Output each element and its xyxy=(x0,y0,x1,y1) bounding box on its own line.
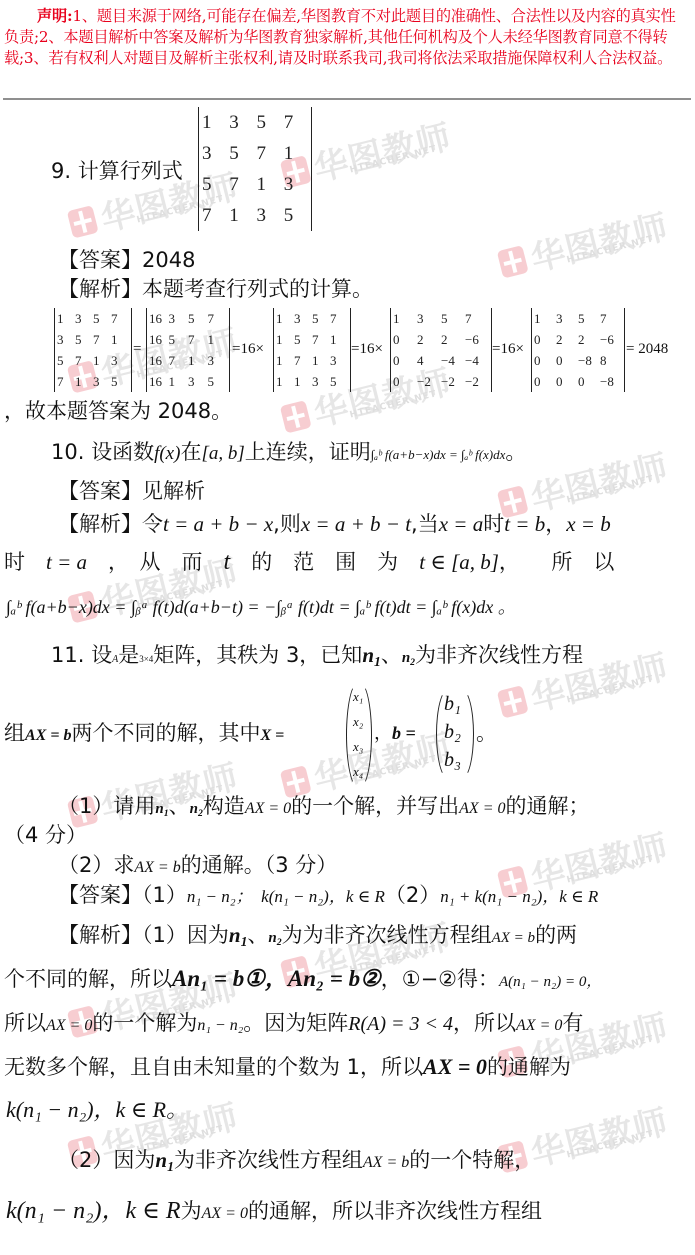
matrix-cell: 5 xyxy=(202,169,229,200)
matrix-cell: 3 xyxy=(330,350,348,371)
vector-entry: b₁ xyxy=(444,690,461,718)
q9-answer: 【答案】2048 xyxy=(58,247,195,273)
q9-step-m4: 1357022−600−88000−8 xyxy=(531,308,625,392)
matrix-cell: 1 xyxy=(188,350,208,371)
q11-answer: 【答案】（1）n₁ − n₂； k(n₁ − n₂)，k ∈ R（2）n₁ + … xyxy=(58,882,598,910)
hteacher-logo-icon xyxy=(67,205,99,238)
matrix-cell: 1 xyxy=(276,329,294,350)
watermark: 华图教师HTEACHER.NET xyxy=(494,199,673,288)
matrix-cell: 1 xyxy=(111,329,129,350)
matrix-cell: 5 xyxy=(284,200,311,231)
q9-step-m0: 1357357157137135 xyxy=(54,308,132,392)
divider xyxy=(3,98,691,100)
matrix-cell: 1 xyxy=(75,371,93,392)
q11-sub2: （2）求AX = b的通解。（3 分） xyxy=(58,852,337,881)
matrix-cell: 1 xyxy=(93,350,111,371)
q10-analysis-line2: 时 t = a ， 从 而 t 的 范 围 为 t ∈ [a, b]， 所 以 xyxy=(4,549,614,575)
q11-sub1: （1）请用n1、n2构造AX = 0的一个解，并写出AX = 0的通解； xyxy=(58,793,590,822)
matrix-cell: 0 xyxy=(534,329,556,350)
matrix-cell: 7 xyxy=(208,308,228,329)
q9-analysis: 【解析】本题考查行列式的计算。 xyxy=(58,276,373,302)
disclaimer-text: 1、题目来源于网络,可能存在偏差,华图教育不对此题目的准确性、合法性以及内容的真… xyxy=(4,7,676,67)
q11-analysis-line7: k(n₁ − n₂)，k ∈ R为AX = 0的通解，所以非齐次线性方程组 xyxy=(6,1198,542,1227)
matrix-cell: −6 xyxy=(465,329,489,350)
matrix-cell: 7 xyxy=(465,308,489,329)
matrix-cell: 5 xyxy=(75,329,93,350)
matrix-cell: 7 xyxy=(57,371,75,392)
disclaimer: 声明:1、题目来源于网络,可能存在偏差,华图教育不对此题目的准确性、合法性以及内… xyxy=(4,6,688,69)
vector-entry: b₃ xyxy=(444,746,461,774)
matrix-cell: 3 xyxy=(57,329,75,350)
matrix-cell: 8 xyxy=(600,350,622,371)
matrix-cell: 3 xyxy=(111,350,129,371)
matrix-cell: 7 xyxy=(284,107,311,138)
matrix-cell: 1 xyxy=(169,371,189,392)
matrix-cell: 2 xyxy=(417,329,441,350)
matrix-cell: 3 xyxy=(229,107,256,138)
matrix-cell: 0 xyxy=(556,350,578,371)
matrix-cell: 0 xyxy=(578,371,600,392)
matrix-cell: 7 xyxy=(257,138,284,169)
matrix-cell: 3 xyxy=(169,308,189,329)
q11-prompt-line2: 组AX = b两个不同的解，其中X = xyxy=(4,720,284,749)
q11-analysis-line4: 无数多个解，且自由未知量的个数为 1，所以AX = 0的通解为 xyxy=(4,1054,571,1080)
q10-prompt: 10. 设函数f(x)在[a, b]上连续，证明∫ₐᵇ f(a+b−x)dx =… xyxy=(51,439,526,468)
matrix-cell: 7 xyxy=(75,350,93,371)
matrix-cell: 1 xyxy=(57,308,75,329)
vector-entry: b₂ xyxy=(444,718,461,746)
matrix-cell: 3 xyxy=(75,308,93,329)
q9-conclusion: ，故本题答案为 2048。 xyxy=(4,398,232,424)
matrix-cell: 1 xyxy=(330,329,348,350)
matrix-cell: 2 xyxy=(578,329,600,350)
hteacher-logo-icon xyxy=(497,685,529,718)
matrix-cell: 1 xyxy=(208,329,228,350)
q11-analysis-line3: 所以AX = 0的一个解为n₁ − n₂。因为矩阵R(A) = 3 < 4，所以… xyxy=(4,1010,583,1039)
q9-step-m3: 1357022−604−4−40−2−2−2 xyxy=(390,308,492,392)
matrix-cell: 0 xyxy=(393,329,417,350)
matrix-cell: −6 xyxy=(600,329,622,350)
matrix-cell: 3 xyxy=(294,308,312,329)
matrix-cell: 5 xyxy=(578,308,600,329)
matrix-cell: 16 xyxy=(149,329,169,350)
matrix-cell: 0 xyxy=(393,371,417,392)
matrix-cell: −8 xyxy=(600,371,622,392)
matrix-cell: 3 xyxy=(417,308,441,329)
matrix-cell: 5 xyxy=(312,308,330,329)
vector-entry: x₃ xyxy=(353,734,363,759)
matrix-cell: 3 xyxy=(556,308,578,329)
matrix-cell: 1 xyxy=(312,350,330,371)
matrix-cell: −8 xyxy=(578,350,600,371)
matrix-cell: −2 xyxy=(465,371,489,392)
disclaimer-label: 声明: xyxy=(37,7,72,25)
matrix-cell: 7 xyxy=(600,308,622,329)
matrix-cell: 0 xyxy=(534,350,556,371)
matrix-cell: 5 xyxy=(188,308,208,329)
matrix-cell: 3 xyxy=(257,200,284,231)
matrix-cell: 0 xyxy=(393,350,417,371)
vector-entry: x₁ xyxy=(353,684,363,709)
q9-determinant: 1357357157137135 xyxy=(198,107,312,231)
matrix-cell: 1 xyxy=(534,308,556,329)
matrix-cell: 1 xyxy=(284,138,311,169)
matrix-cell: 7 xyxy=(169,350,189,371)
q11-analysis-line6: （2）因为n1为非齐次线性方程组AX = b的一个特解， xyxy=(58,1147,535,1176)
matrix-cell: 7 xyxy=(202,200,229,231)
q10-answer: 【答案】见解析 xyxy=(58,478,205,504)
matrix-cell: 7 xyxy=(188,329,208,350)
matrix-cell: 5 xyxy=(57,350,75,371)
matrix-cell: 5 xyxy=(111,371,129,392)
matrix-cell: 1 xyxy=(276,308,294,329)
matrix-cell: 7 xyxy=(229,169,256,200)
matrix-cell: 5 xyxy=(169,329,189,350)
matrix-cell: −4 xyxy=(441,350,465,371)
q10-analysis-line3: ∫ₐᵇ f(a+b−x)dx = ∫ᵦᵃ f(t)d(a+b−t) = −∫ᵦᵃ… xyxy=(6,594,516,620)
matrix-cell: −4 xyxy=(465,350,489,371)
matrix-cell: 1 xyxy=(229,200,256,231)
matrix-cell: 3 xyxy=(312,371,330,392)
matrix-cell: 1 xyxy=(294,371,312,392)
matrix-cell: 7 xyxy=(93,329,111,350)
matrix-cell: 4 xyxy=(417,350,441,371)
matrix-cell: 5 xyxy=(208,371,228,392)
matrix-cell: 2 xyxy=(556,329,578,350)
b-vector: b₁b₂b₃ xyxy=(444,690,461,774)
matrix-cell: 5 xyxy=(229,138,256,169)
q10-analysis-line1: 【解析】令t = a + b − x,则x = a + b − t,当x = a… xyxy=(58,511,611,537)
matrix-cell: −2 xyxy=(417,371,441,392)
hteacher-logo-icon xyxy=(280,400,312,433)
matrix-cell: 16 xyxy=(149,371,169,392)
matrix-cell: 7 xyxy=(111,308,129,329)
vector-entry: x₄ xyxy=(353,759,363,784)
hteacher-logo-icon xyxy=(497,245,529,278)
matrix-cell: 3 xyxy=(284,169,311,200)
q9-prompt: 9. 计算行列式 xyxy=(51,158,183,184)
q11-analysis-line2: 个不同的解，所以An₁ = b①，An₂ = b②，①−②得：A(n₁ − n₂… xyxy=(4,966,601,995)
q11-analysis-line5: k(n₁ − n₂)，k ∈ R。 xyxy=(6,1097,188,1123)
matrix-cell: 3 xyxy=(188,371,208,392)
matrix-cell: 7 xyxy=(312,329,330,350)
q9-step-m1: 16357165711671316135 xyxy=(146,308,230,392)
vector-entry: x₂ xyxy=(353,709,363,734)
matrix-cell: 1 xyxy=(257,169,284,200)
q9-step-m2: 1357157117131135 xyxy=(273,308,351,392)
matrix-cell: 1 xyxy=(276,371,294,392)
x-vector: x₁x₂x₃x₄ xyxy=(353,684,363,784)
q11-sub1-score: （4 分） xyxy=(4,822,87,848)
matrix-cell: 5 xyxy=(257,107,284,138)
matrix-cell: 5 xyxy=(441,308,465,329)
matrix-cell: 5 xyxy=(93,308,111,329)
matrix-cell: 0 xyxy=(556,371,578,392)
matrix-cell: 3 xyxy=(208,350,228,371)
matrix-cell: 7 xyxy=(294,350,312,371)
matrix-cell: 1 xyxy=(276,350,294,371)
matrix-cell: 2 xyxy=(441,329,465,350)
q11-prompt-line1: 11. 设A是3×4矩阵，其秩为 3，已知n1、n2为非齐次线性方程 xyxy=(51,642,583,673)
matrix-cell: 1 xyxy=(393,308,417,329)
matrix-cell: 3 xyxy=(202,138,229,169)
matrix-cell: 0 xyxy=(534,371,556,392)
matrix-cell: 5 xyxy=(330,371,348,392)
matrix-cell: −2 xyxy=(441,371,465,392)
matrix-cell: 3 xyxy=(93,371,111,392)
matrix-cell: 1 xyxy=(202,107,229,138)
matrix-cell: 16 xyxy=(149,308,169,329)
q11-analysis-line1: 【解析】（1）因为n1、n2为为非齐次线性方程组AX = b的两 xyxy=(58,922,577,951)
matrix-cell: 16 xyxy=(149,350,169,371)
matrix-cell: 7 xyxy=(330,308,348,329)
matrix-cell: 5 xyxy=(294,329,312,350)
